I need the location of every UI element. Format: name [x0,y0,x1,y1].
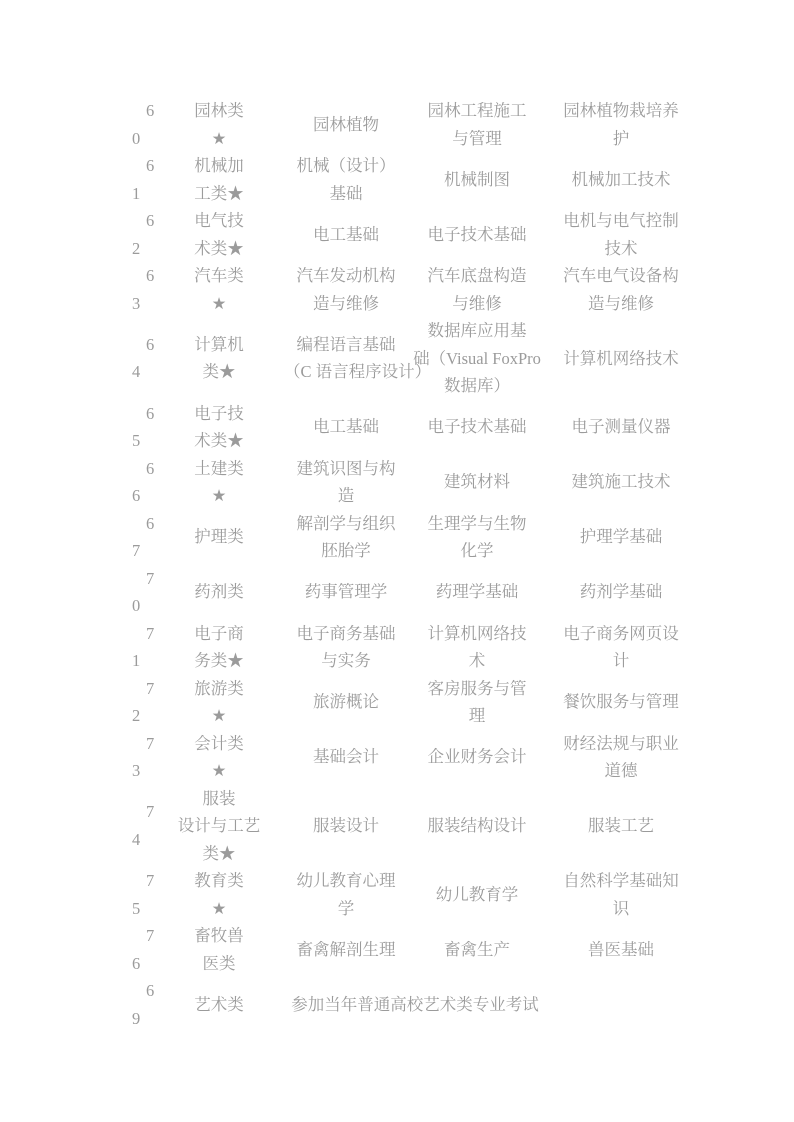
row-number-cell: 74 [118,785,154,868]
category-cell: 教育类 ★ [154,867,284,922]
category-cell: 电气技 术类★ [154,207,284,262]
table-row: 66土建类 ★建筑识图与构 造建筑材料建筑施工技术 [118,455,696,510]
table-row: 63汽车类 ★汽车发动机构 造与维修汽车底盘构造 与维修汽车电气设备构 造与维修 [118,262,696,317]
course-cell-3: 机械加工技术 [546,152,696,207]
row-number: 72 [132,675,143,730]
category-cell: 服装 设计与工艺 类★ [154,785,284,868]
subjects-table: 60园林类 ★园林植物园林工程施工 与管理园林植物栽培养 护61机械加 工类★机… [118,97,696,1032]
row-number: 73 [132,730,143,785]
row-number-cell: 65 [118,400,154,455]
row-number-cell: 72 [118,675,154,730]
course-cell-1: 园林植物 [284,97,408,152]
table-row: 75教育类 ★幼儿教育心理 学幼儿教育学自然科学基础知 识 [118,867,696,922]
table-row: 64计算机 类★编程语言基础 （C 语言程序设计）数据库应用基 础（Visual… [118,317,696,400]
row-number-cell: 62 [118,207,154,262]
table-row: 62电气技 术类★电工基础电子技术基础电机与电气控制 技术 [118,207,696,262]
merged-course-cell: 参加当年普通高校艺术类专业考试 [284,977,546,1032]
course-cell-3: 建筑施工技术 [546,455,696,510]
course-cell-1: 电子商务基础 与实务 [284,620,408,675]
course-cell-1: 电工基础 [284,207,408,262]
row-number: 63 [132,262,143,317]
category-cell: 汽车类 ★ [154,262,284,317]
course-cell-2: 建筑材料 [408,455,546,510]
course-cell-3: 园林植物栽培养 护 [546,97,696,152]
course-cell-3: 自然科学基础知 识 [546,867,696,922]
course-cell-2: 幼儿教育学 [408,867,546,922]
course-cell-1: 电工基础 [284,400,408,455]
table-row: 74服装 设计与工艺 类★服装设计服装结构设计服装工艺 [118,785,696,868]
course-cell-3: 电子测量仪器 [546,400,696,455]
course-cell-1: 服装设计 [284,785,408,868]
row-number: 70 [132,565,143,620]
category-cell: 旅游类 ★ [154,675,284,730]
table-row: 72旅游类 ★旅游概论客房服务与管 理餐饮服务与管理 [118,675,696,730]
category-cell: 机械加 工类★ [154,152,284,207]
row-number-cell: 63 [118,262,154,317]
table-row: 71电子商 务类★电子商务基础 与实务计算机网络技 术电子商务网页设 计 [118,620,696,675]
category-cell: 护理类 [154,510,284,565]
row-number: 69 [132,977,143,1032]
table-row: 69艺术类参加当年普通高校艺术类专业考试 [118,977,696,1032]
category-cell: 电子技 术类★ [154,400,284,455]
course-cell-2: 汽车底盘构造 与维修 [408,262,546,317]
course-cell-1: 幼儿教育心理 学 [284,867,408,922]
course-cell-3: 餐饮服务与管理 [546,675,696,730]
row-number-cell: 61 [118,152,154,207]
row-number: 61 [132,152,143,207]
course-cell-3: 财经法规与职业 道德 [546,730,696,785]
row-number-cell: 60 [118,97,154,152]
row-number-cell: 70 [118,565,154,620]
course-cell-2: 机械制图 [408,152,546,207]
row-number: 62 [132,207,143,262]
course-cell-2: 数据库应用基 础（Visual FoxPro 数据库） [408,317,546,400]
course-cell-3: 计算机网络技术 [546,317,696,400]
row-number: 60 [132,97,143,152]
course-cell-2: 园林工程施工 与管理 [408,97,546,152]
course-cell-2: 客房服务与管 理 [408,675,546,730]
course-cell-2: 电子技术基础 [408,400,546,455]
category-cell: 电子商 务类★ [154,620,284,675]
table-row: 67护理类解剖学与组织 胚胎学生理学与生物 化学护理学基础 [118,510,696,565]
course-cell-2: 药理学基础 [408,565,546,620]
category-cell: 园林类 ★ [154,97,284,152]
course-cell-1: 汽车发动机构 造与维修 [284,262,408,317]
course-cell-3: 电机与电气控制 技术 [546,207,696,262]
category-cell: 计算机 类★ [154,317,284,400]
course-cell-2: 畜禽生产 [408,922,546,977]
row-number: 74 [132,798,143,853]
course-cell-3: 护理学基础 [546,510,696,565]
row-number-cell: 76 [118,922,154,977]
row-number-cell: 73 [118,730,154,785]
course-cell-1: 旅游概论 [284,675,408,730]
row-number: 75 [132,867,143,922]
course-cell-2: 计算机网络技 术 [408,620,546,675]
table-row: 61机械加 工类★机械（设计） 基础机械制图机械加工技术 [118,152,696,207]
course-cell-1: 畜禽解剖生理 [284,922,408,977]
course-cell-3: 服装工艺 [546,785,696,868]
row-number-cell: 71 [118,620,154,675]
table-row: 65电子技 术类★电工基础电子技术基础电子测量仪器 [118,400,696,455]
course-cell-2: 企业财务会计 [408,730,546,785]
row-number: 65 [132,400,143,455]
empty-cell [546,977,696,1032]
course-cell-2: 电子技术基础 [408,207,546,262]
course-cell-1: 机械（设计） 基础 [284,152,408,207]
course-cell-3: 药剂学基础 [546,565,696,620]
row-number: 76 [132,922,143,977]
document-page: 60园林类 ★园林植物园林工程施工 与管理园林植物栽培养 护61机械加 工类★机… [0,0,794,1122]
row-number-cell: 69 [118,977,154,1032]
table-row: 76畜牧兽 医类畜禽解剖生理畜禽生产兽医基础 [118,922,696,977]
course-cell-1: 药事管理学 [284,565,408,620]
category-cell: 畜牧兽 医类 [154,922,284,977]
row-number: 67 [132,510,143,565]
category-cell: 艺术类 [154,977,284,1032]
subjects-table-body: 60园林类 ★园林植物园林工程施工 与管理园林植物栽培养 护61机械加 工类★机… [118,97,696,1032]
row-number-cell: 67 [118,510,154,565]
course-cell-2: 生理学与生物 化学 [408,510,546,565]
category-cell: 土建类 ★ [154,455,284,510]
row-number-cell: 64 [118,317,154,400]
category-cell: 会计类 ★ [154,730,284,785]
category-cell: 药剂类 [154,565,284,620]
table-row: 73会计类 ★基础会计企业财务会计财经法规与职业 道德 [118,730,696,785]
row-number-cell: 75 [118,867,154,922]
row-number-cell: 66 [118,455,154,510]
course-cell-3: 电子商务网页设 计 [546,620,696,675]
row-number: 71 [132,620,143,675]
table-row: 70药剂类药事管理学药理学基础药剂学基础 [118,565,696,620]
row-number: 66 [132,455,143,510]
course-cell-3: 汽车电气设备构 造与维修 [546,262,696,317]
course-cell-1: 建筑识图与构 造 [284,455,408,510]
course-cell-2: 服装结构设计 [408,785,546,868]
table-row: 60园林类 ★园林植物园林工程施工 与管理园林植物栽培养 护 [118,97,696,152]
row-number: 64 [132,331,143,386]
course-cell-1: 解剖学与组织 胚胎学 [284,510,408,565]
course-cell-3: 兽医基础 [546,922,696,977]
course-cell-1: 编程语言基础 （C 语言程序设计） [284,317,408,400]
course-cell-1: 基础会计 [284,730,408,785]
